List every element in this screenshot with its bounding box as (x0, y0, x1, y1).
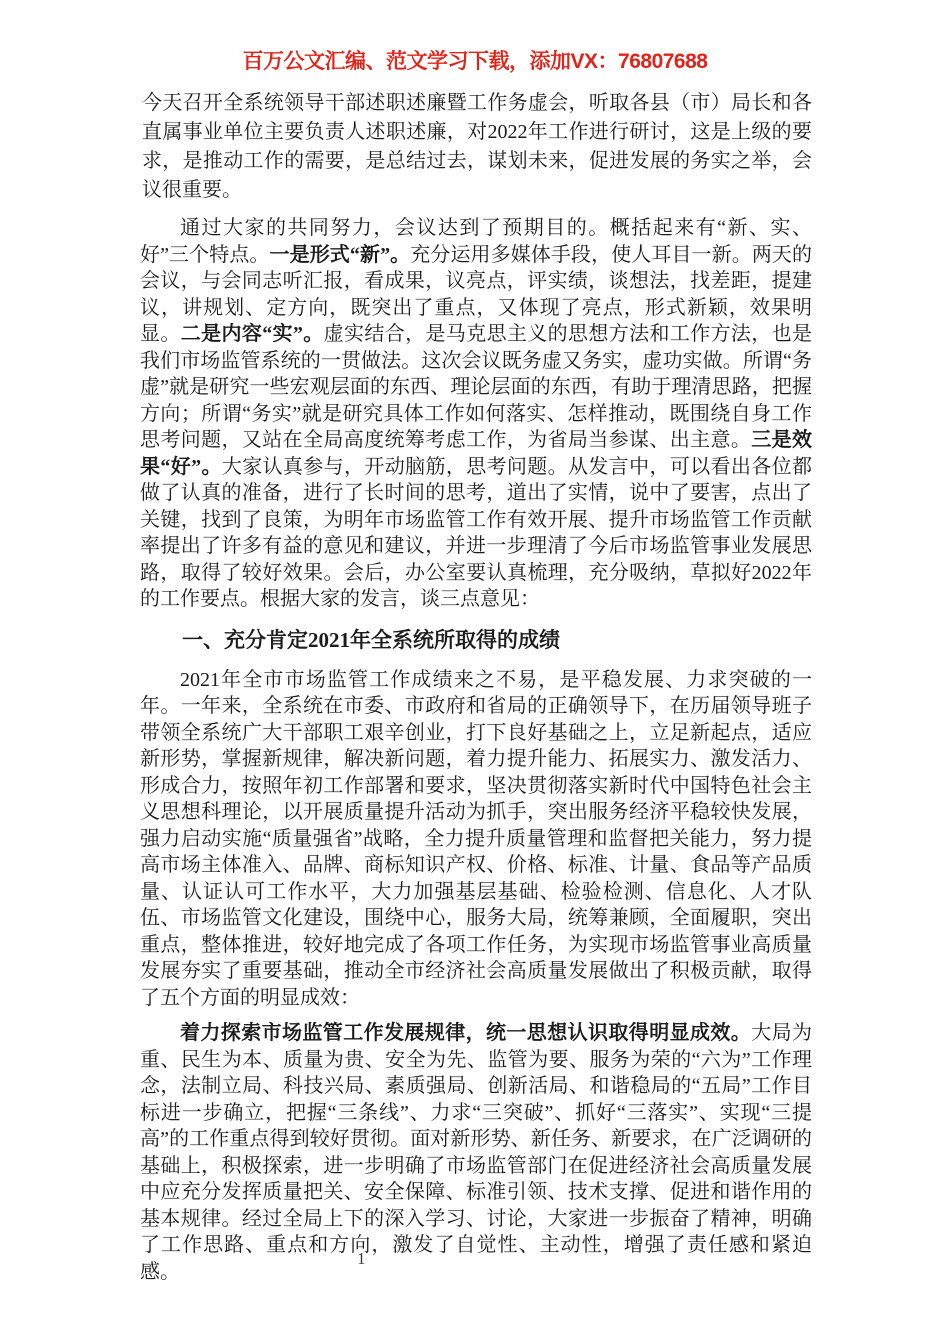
document-page: 百万公文汇编、范文学习下载，添加VX：76807688 今天召开全系统领导干部述… (0, 0, 950, 1344)
bold-run: 着力探索市场监管工作发展规律，统一思想认识取得明显成效。 (180, 1022, 751, 1044)
section-heading: 一、充分肯定2021年全系统所取得的成绩 (140, 627, 812, 654)
document-body: 今天召开全系统领导干部述职述廉暨工作务虚会，听取各县（市）局长和各直属事业单位主… (140, 89, 812, 1285)
paragraph: 2021年全市市场监管工作成绩来之不易，是平稳发展、力求突破的一年。一年来，全系… (140, 667, 812, 1012)
text-run: 今天召开全系统领导干部述职述廉暨工作务虚会，听取各县（市）局长和各直属事业单位主… (142, 92, 812, 201)
paragraph: 今天召开全系统领导干部述职述廉暨工作务虚会，听取各县（市）局长和各直属事业单位主… (140, 89, 812, 205)
text-run: 大家认真参与，开动脑筋，思考问题。从发言中，可以看出各位都做了认真的准备，进行了… (140, 456, 812, 611)
text-run: 2021年全市市场监管工作成绩来之不易，是平稳发展、力求突破的一年。一年来，全系… (140, 669, 812, 1009)
bold-run: 二是内容“实”。 (181, 323, 324, 345)
paragraph: 着力探索市场监管工作发展规律，统一思想认识取得明显成效。大局为重、民生为本、质量… (140, 1020, 812, 1285)
paragraph: 通过大家的共同努力，会议达到了预期目的。概括起来有“新、实、好”三个特点。一是形… (140, 215, 812, 613)
promo-banner-text: 百万公文汇编、范文学习下载，添加VX：76807688 (0, 48, 950, 75)
page-number: 1 (357, 1249, 366, 1269)
bold-run: 一、充分肯定2021年全系统所取得的成绩 (182, 628, 560, 652)
bold-run: 一是形式“新”。 (270, 244, 411, 266)
text-run: 大局为重、民生为本、质量为贵、安全为先、监管为要、服务为荣的“六为”工作理念，法… (140, 1022, 812, 1283)
